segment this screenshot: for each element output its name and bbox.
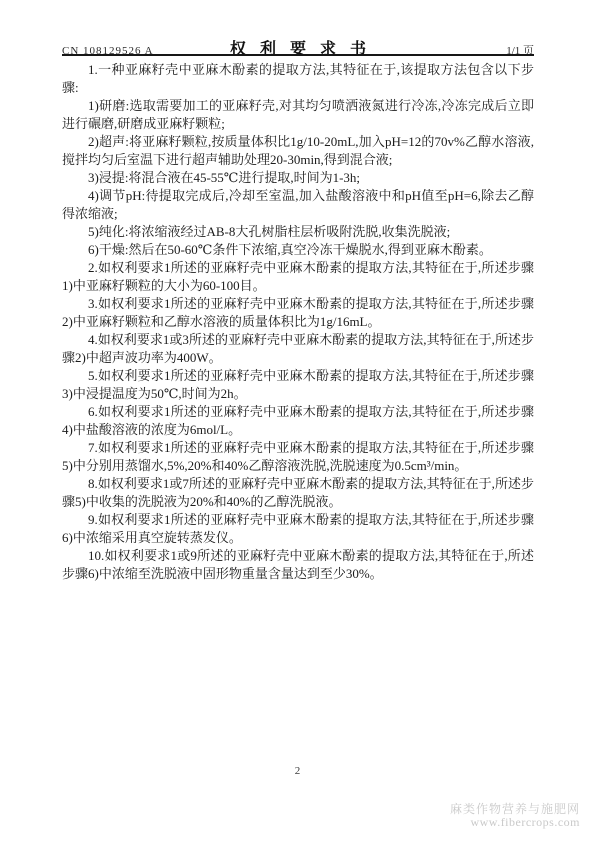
page-number: 2: [0, 765, 595, 777]
claim-paragraph: 4)调节pH:待提取完成后,冷却至室温,加入盐酸溶液中和pH值至pH=6,除去乙…: [62, 187, 534, 223]
claim-paragraph: 3)浸提:将混合液在45-55℃进行提取,时间为1-3h;: [62, 169, 534, 187]
claim-paragraph: 6)干燥:然后在50-60℃条件下浓缩,真空冷冻干燥脱水,得到亚麻木酚素。: [62, 241, 534, 259]
claim-paragraph: 3.如权利要求1所述的亚麻籽壳中亚麻木酚素的提取方法,其特征在于,所述步骤2)中…: [62, 295, 534, 331]
header-divider: [62, 54, 534, 56]
claims-body: 1.一种亚麻籽壳中亚麻木酚素的提取方法,其特征在于,该提取方法包含以下步骤: 1…: [62, 61, 534, 583]
claim-paragraph: 6.如权利要求1所述的亚麻籽壳中亚麻木酚素的提取方法,其特征在于,所述步骤4)中…: [62, 403, 534, 439]
watermark-site-url: www.fibercrops.com: [450, 816, 580, 829]
claim-paragraph: 9.如权利要求1所述的亚麻籽壳中亚麻木酚素的提取方法,其特征在于,所述步骤6)中…: [62, 511, 534, 547]
claim-paragraph: 4.如权利要求1或3所述的亚麻籽壳中亚麻木酚素的提取方法,其特征在于,所述步骤2…: [62, 331, 534, 367]
claim-paragraph: 2)超声:将亚麻籽颗粒,按质量体积比1g/10-20mL,加入pH=12的70v…: [62, 133, 534, 169]
claim-paragraph: 8.如权利要求1或7所述的亚麻籽壳中亚麻木酚素的提取方法,其特征在于,所述步骤5…: [62, 475, 534, 511]
claim-paragraph: 5)纯化:将浓缩液经过AB-8大孔树脂柱层析吸附洗脱,收集洗脱液;: [62, 223, 534, 241]
patent-claims-page: CN 108129526 A 权利要求书 1/1 页 1.一种亚麻籽壳中亚麻木酚…: [0, 0, 595, 842]
claim-paragraph: 2.如权利要求1所述的亚麻籽壳中亚麻木酚素的提取方法,其特征在于,所述步骤1)中…: [62, 259, 534, 295]
claim-paragraph: 7.如权利要求1所述的亚麻籽壳中亚麻木酚素的提取方法,其特征在于,所述步骤5)中…: [62, 439, 534, 475]
claim-paragraph: 5.如权利要求1所述的亚麻籽壳中亚麻木酚素的提取方法,其特征在于,所述步骤3)中…: [62, 367, 534, 403]
claim-paragraph: 1.一种亚麻籽壳中亚麻木酚素的提取方法,其特征在于,该提取方法包含以下步骤:: [62, 61, 534, 97]
watermark: 麻类作物营养与施肥网 www.fibercrops.com: [450, 803, 580, 829]
claim-paragraph: 10.如权利要求1或9所述的亚麻籽壳中亚麻木酚素的提取方法,其特征在于,所述步骤…: [62, 547, 534, 583]
claim-paragraph: 1)研磨:选取需要加工的亚麻籽壳,对其均匀喷洒液氮进行冷冻,冷冻完成后立即进行碾…: [62, 97, 534, 133]
